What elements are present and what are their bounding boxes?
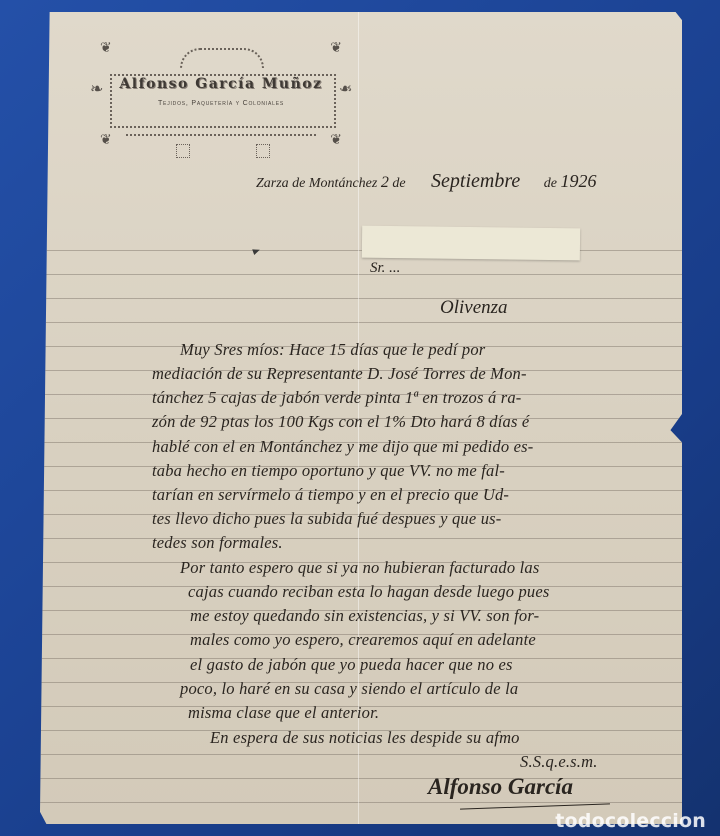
date-de: de bbox=[544, 176, 557, 191]
fleuron-icon: ❦ bbox=[330, 134, 342, 148]
fleuron-icon: ❦ bbox=[330, 42, 342, 56]
date-month: Septiembre bbox=[431, 170, 520, 192]
body-line: tedes son formales. bbox=[152, 533, 283, 553]
body-line: males como yo espero, crearemos aquí en … bbox=[190, 630, 536, 650]
fleuron-icon: ❦ bbox=[100, 42, 112, 56]
date-year: 1926 bbox=[561, 171, 597, 191]
watermark: todocoleccion bbox=[555, 810, 706, 832]
arch-ornament bbox=[180, 48, 264, 68]
body-line: zón de 92 ptas los 100 Kgs con el 1% Dto… bbox=[152, 412, 529, 432]
date-place: Zarza de Montánchez bbox=[256, 176, 377, 191]
square-ornament bbox=[256, 144, 270, 158]
company-tagline: Tejidos, Paquetería y Coloniales bbox=[90, 100, 352, 107]
body-line: me estoy quedando sin existencias, y si … bbox=[190, 606, 539, 626]
signature: Alfonso García bbox=[428, 774, 573, 800]
date-de: de bbox=[392, 176, 405, 191]
company-name: Alfonso García Muñoz bbox=[90, 76, 352, 92]
date-line: Zarza de Montánchez 2 de Septiembre de 1… bbox=[256, 170, 597, 193]
body-line: mediación de su Representante D. José To… bbox=[152, 364, 527, 384]
body-line: tánchez 5 cajas de jabón verde pinta 1ª … bbox=[152, 388, 522, 408]
date-day: 2 bbox=[381, 174, 389, 191]
signature-flourish bbox=[460, 803, 610, 809]
body-line: tarían en servírmelo á tiempo y en el pr… bbox=[152, 485, 509, 505]
body-line: En espera de sus noticias les despide su… bbox=[210, 728, 520, 748]
body-line: Muy Sres míos: Hace 15 días que le pedí … bbox=[180, 340, 485, 360]
body-line: poco, lo haré en su casa y siendo el art… bbox=[180, 679, 518, 699]
recipient-city: Olivenza bbox=[440, 297, 508, 319]
recipient-name: Sr. ... bbox=[370, 260, 400, 277]
fleuron-icon: ❦ bbox=[100, 134, 112, 148]
letterhead: ❦ ❦ ❧ ❧ ❦ ❦ Alfonso García Muñoz Tejidos… bbox=[90, 42, 352, 160]
body-line: Por tanto espero que si ya no hubieran f… bbox=[180, 558, 539, 578]
letter-paper: ❦ ❦ ❧ ❧ ❦ ❦ Alfonso García Muñoz Tejidos… bbox=[40, 12, 682, 824]
redaction-label bbox=[362, 226, 580, 261]
body-line: tes llevo dicho pues la subida fué despu… bbox=[152, 509, 502, 529]
body-line: cajas cuando reciban esta lo hagan desde… bbox=[188, 582, 550, 602]
dotted-border bbox=[126, 134, 316, 136]
body-line: hablé con el en Montánchez y me dijo que… bbox=[152, 437, 534, 457]
body-line: misma clase que el anterior. bbox=[188, 703, 379, 723]
closing-abbrev: S.S.q.e.s.m. bbox=[520, 752, 598, 772]
square-ornament bbox=[176, 144, 190, 158]
body-line: taba hecho en tiempo oportuno y que VV. … bbox=[152, 461, 505, 481]
body-line: el gasto de jabón que yo pueda hacer que… bbox=[190, 655, 513, 675]
